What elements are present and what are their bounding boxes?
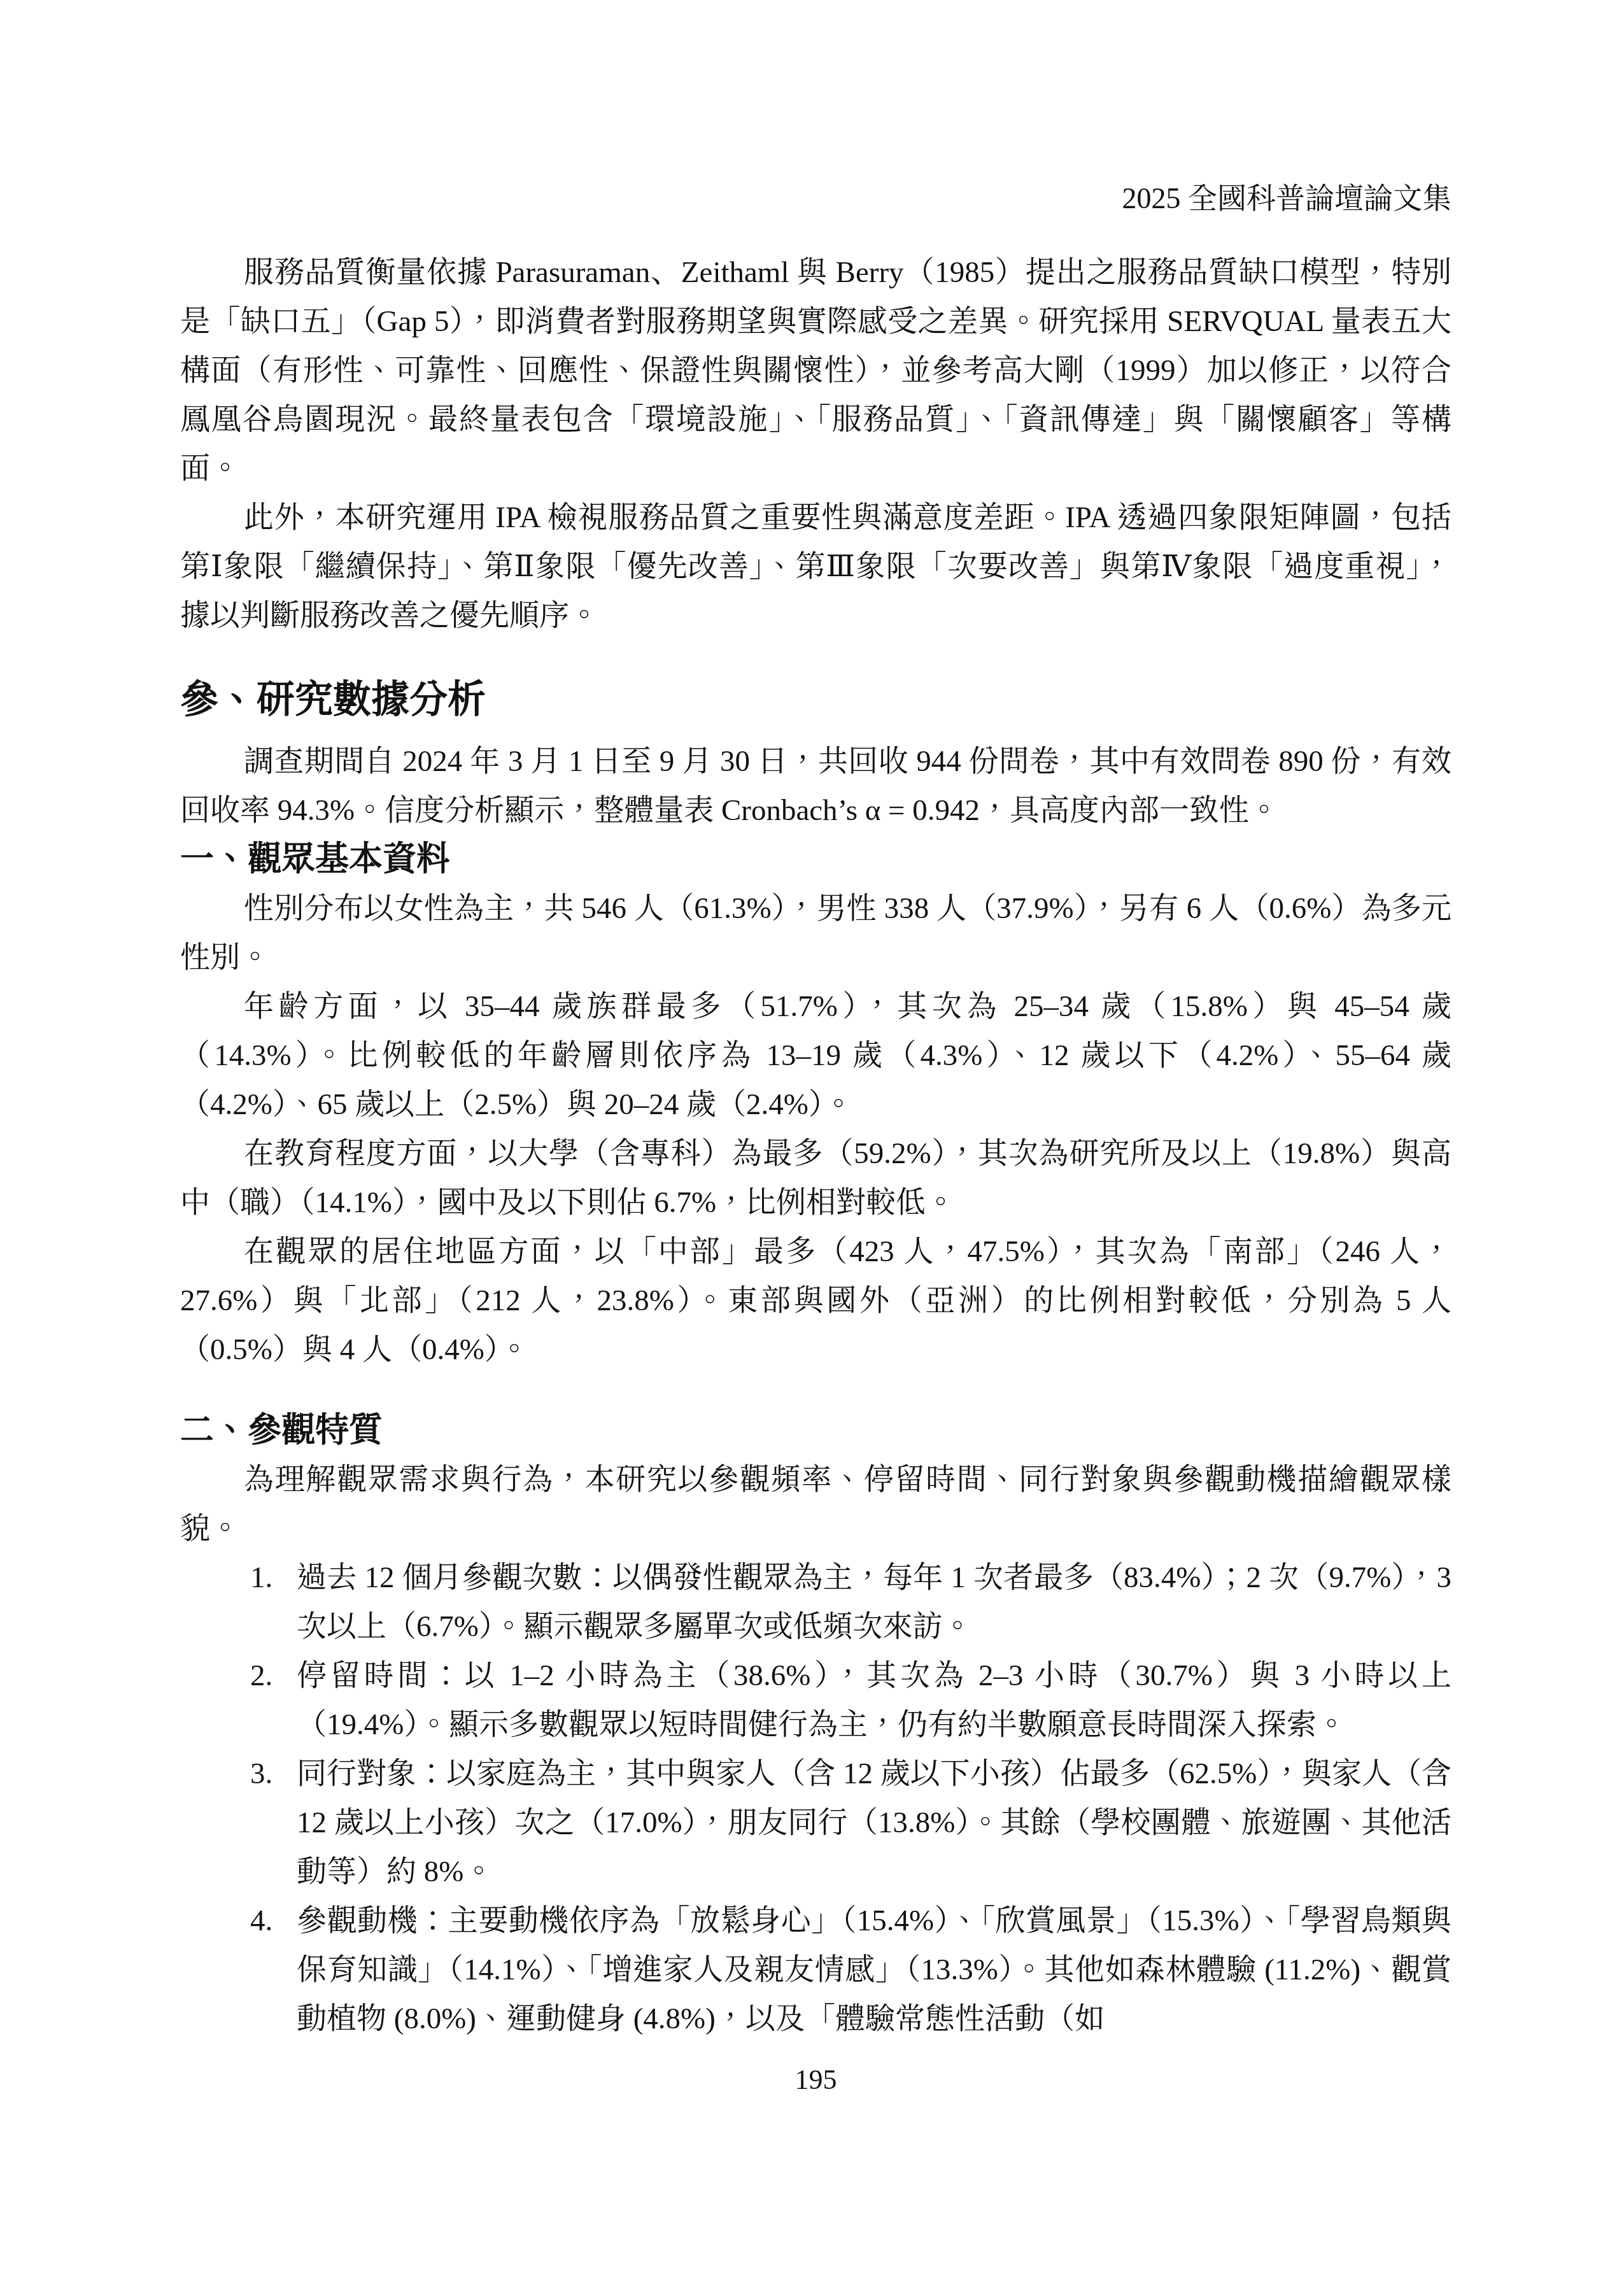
list-item-companions: 3. 同行對象：以家庭為主，其中與家人（含 12 歲以下小孩）佔最多（62.5%… bbox=[180, 1750, 1451, 1897]
list-item-text: 參觀動機：主要動機依序為「放鬆身心」（15.4%）、「欣賞風景」（15.3%）、… bbox=[297, 1904, 1451, 2035]
section-heading-data-analysis: 參、研究數據分析 bbox=[180, 679, 1451, 721]
page-body: 服務品質衡量依據 Parasuraman、Zeithaml 與 Berry（19… bbox=[180, 248, 1451, 2044]
list-item-text: 停留時間：以 1–2 小時為主（38.6%），其次為 2–3 小時（30.7%）… bbox=[297, 1659, 1451, 1741]
list-item-text: 過去 12 個月參觀次數：以偶發性觀眾為主，每年 1 次者最多（83.4%）；2… bbox=[297, 1561, 1451, 1643]
list-item-visit-frequency: 1. 過去 12 個月參觀次數：以偶發性觀眾為主，每年 1 次者最多（83.4%… bbox=[180, 1553, 1451, 1652]
list-item-stay-duration: 2. 停留時間：以 1–2 小時為主（38.6%），其次為 2–3 小時（30.… bbox=[180, 1652, 1451, 1750]
residence-distribution-paragraph: 在觀眾的居住地區方面，以「中部」最多（423 人，47.5%），其次為「南部」（… bbox=[180, 1227, 1451, 1375]
list-item-number: 4. bbox=[250, 1897, 272, 1946]
document-page: 2025 全國科普論壇論文集 服務品質衡量依據 Parasuraman、Zeit… bbox=[0, 0, 1624, 2278]
running-head-title: 2025 全國科普論壇論文集 bbox=[180, 183, 1451, 214]
list-item-number: 3. bbox=[250, 1750, 272, 1799]
list-item-motivations: 4. 參觀動機：主要動機依序為「放鬆身心」（15.4%）、「欣賞風景」（15.3… bbox=[180, 1897, 1451, 2044]
list-item-number: 1. bbox=[250, 1553, 272, 1602]
sub-heading-visit-traits: 二、參觀特質 bbox=[180, 1406, 1451, 1455]
sub-heading-audience-profile: 一、觀眾基本資料 bbox=[180, 835, 1451, 884]
education-distribution-paragraph: 在教育程度方面，以大學（含專科）為最多（59.2%），其次為研究所及以上（19.… bbox=[180, 1129, 1451, 1227]
list-item-text: 同行對象：以家庭為主，其中與家人（含 12 歲以下小孩）佔最多（62.5%），與… bbox=[297, 1757, 1451, 1888]
survey-overview-paragraph: 調查期間自 2024 年 3 月 1 日至 9 月 30 日，共回收 944 份… bbox=[180, 737, 1451, 835]
age-distribution-paragraph: 年齡方面，以 35–44 歲族群最多（51.7%），其次為 25–34 歲（15… bbox=[180, 982, 1451, 1129]
visit-traits-intro-paragraph: 為理解觀眾需求與行為，本研究以參觀頻率、停留時間、同行對象與參觀動機描繪觀眾樣貌… bbox=[180, 1455, 1451, 1553]
intro-paragraph-2: 此外，本研究運用 IPA 檢視服務品質之重要性與滿意度差距。IPA 透過四象限矩… bbox=[180, 493, 1451, 640]
list-item-number: 2. bbox=[250, 1652, 272, 1701]
gender-distribution-paragraph: 性別分布以女性為主，共 546 人（61.3%），男性 338 人（37.9%）… bbox=[180, 884, 1451, 982]
intro-paragraph-1: 服務品質衡量依據 Parasuraman、Zeithaml 與 Berry（19… bbox=[180, 248, 1451, 493]
visit-traits-list: 1. 過去 12 個月參觀次數：以偶發性觀眾為主，每年 1 次者最多（83.4%… bbox=[180, 1553, 1451, 2044]
page-number: 195 bbox=[180, 2065, 1451, 2095]
